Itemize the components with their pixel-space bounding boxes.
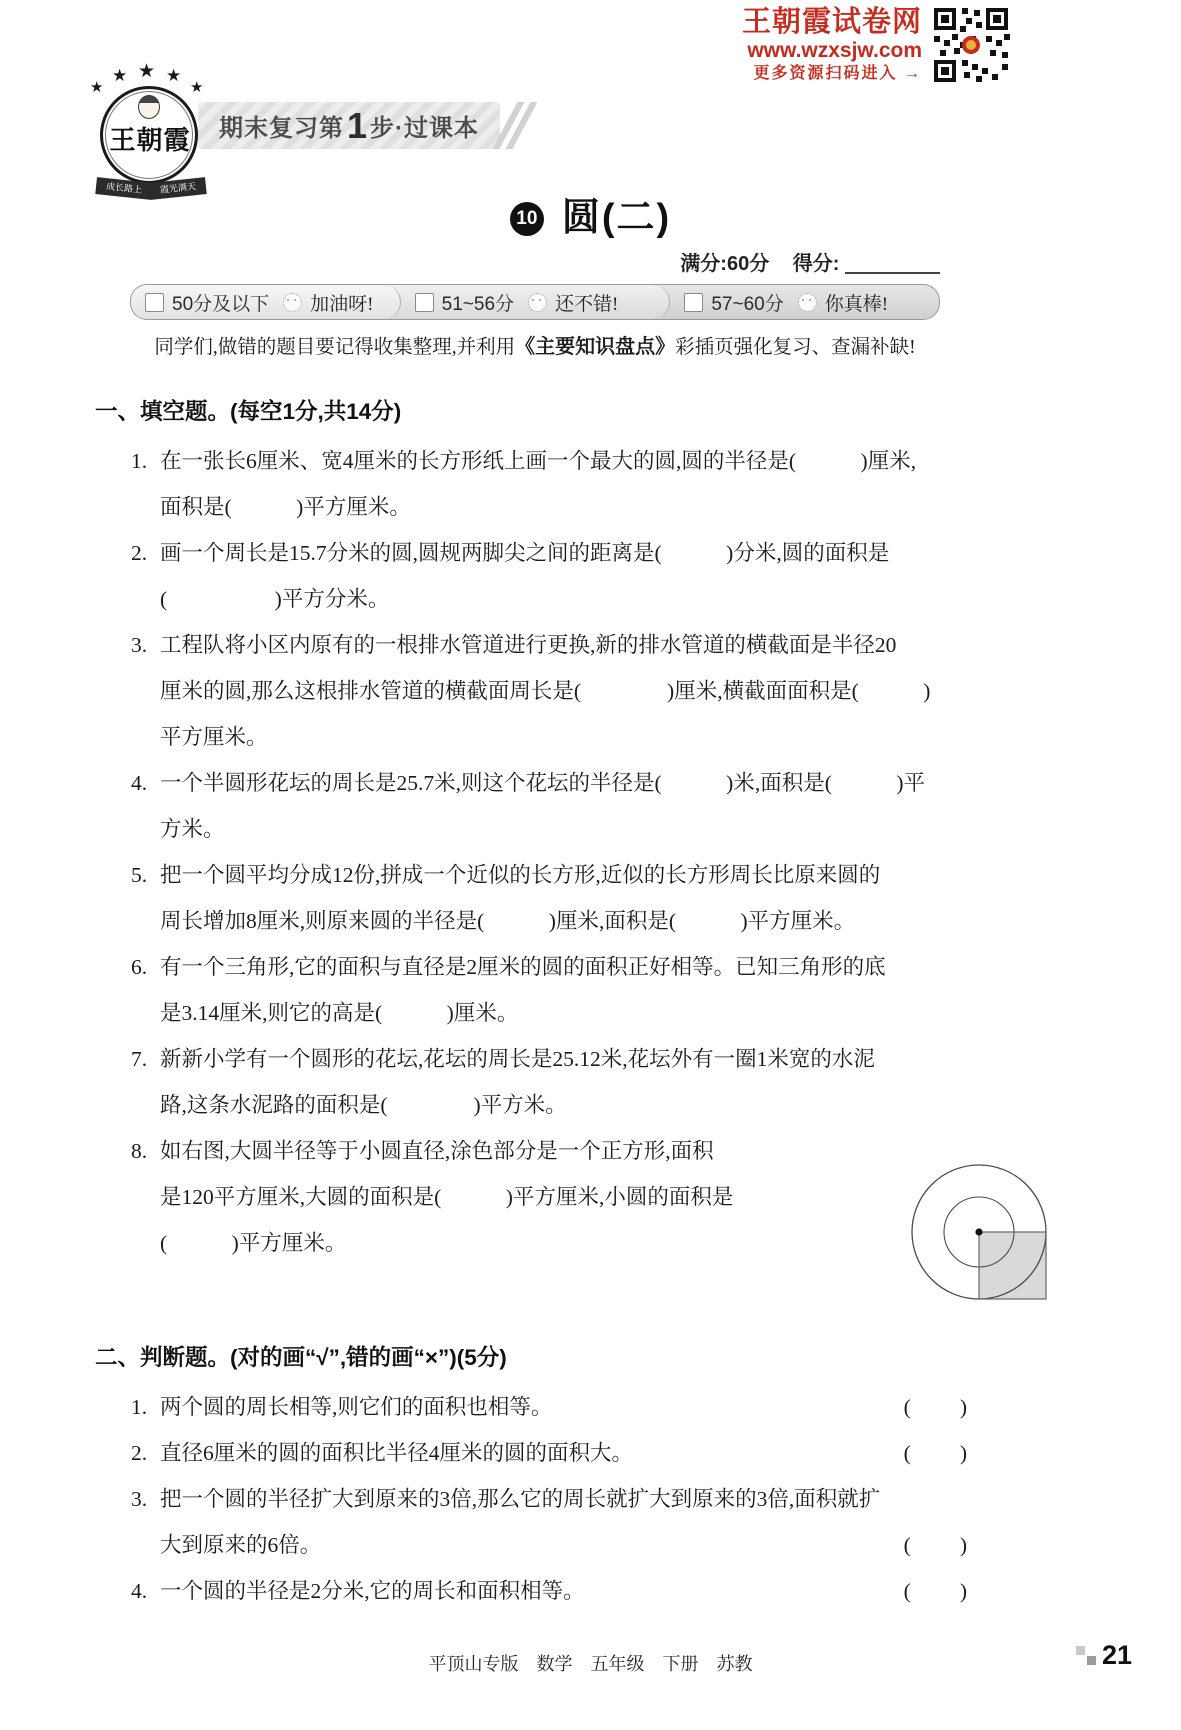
- question-line: 3.把一个圆的半径扩大到原来的3倍,那么它的周长就扩大到原来的3倍,面积就扩: [95, 1476, 981, 1522]
- question-line: 6.有一个三角形,它的面积与直径是2厘米的圆的面积正好相等。已知三角形的底: [95, 944, 981, 990]
- decorative-square: [1076, 1646, 1085, 1655]
- notice-text: 彩插页强化复习、查漏补缺!: [675, 337, 916, 358]
- question-number: 6.: [131, 944, 160, 990]
- question-line: 厘米的圆,那么这根排水管道的横截面周长是( )厘米,横截面面积是( ): [95, 668, 981, 714]
- question-line: ( )平方分米。: [95, 576, 981, 622]
- page-title: 10 圆(二): [0, 186, 1181, 241]
- question-line: 5.把一个圆平均分成12份,拼成一个近似的长方形,近似的长方形周长比原来圆的: [95, 852, 981, 898]
- question: 3.把一个圆的半径扩大到原来的3倍,那么它的周长就扩大到原来的3倍,面积就扩大到…: [95, 1476, 981, 1568]
- question-number: 3.: [131, 1476, 160, 1522]
- score-range: 50分及以下: [172, 289, 269, 316]
- question-number: 1.: [131, 1384, 160, 1430]
- question-line: 3.工程队将小区内原有的一根排水管道进行更换,新的排水管道的横截面是半径20: [95, 622, 981, 668]
- question-line: 是3.14厘米,则它的高是( )厘米。: [95, 990, 981, 1036]
- score-band: 57~60分 你真棒!: [654, 285, 939, 319]
- question-text: ( )平方厘米。: [160, 1220, 346, 1266]
- question: 1.两个圆的周长相等,则它们的面积也相等。( ): [95, 1384, 981, 1430]
- question-text: 如右图,大圆半径等于小圆直径,涂色部分是一个正方形,面积: [160, 1128, 714, 1174]
- star-icon: ★: [112, 66, 127, 86]
- question-text: 大到原来的6倍。: [160, 1522, 321, 1568]
- question-line: 是120平方厘米,大圆的面积是( )平方厘米,小圆的面积是: [95, 1174, 981, 1220]
- page-number-badge: 21: [1076, 1640, 1146, 1680]
- header-banner: 期末复习第 1 步·过课本: [198, 102, 500, 149]
- question-line: 面积是( )平方厘米。: [95, 484, 981, 530]
- worksheet-page: 王朝霞试卷网 www.wzxsjw.com 更多资源扫码进入 →: [0, 0, 1181, 1730]
- full-score-label: 满分:60分: [680, 253, 769, 275]
- question-text: 新新小学有一个圆形的花坛,花坛的周长是25.12米,花坛外有一圈1米宽的水泥: [160, 1036, 875, 1082]
- question-text: ( )平方分米。: [160, 576, 389, 622]
- question-line: 2.直径6厘米的圆的面积比半径4厘米的圆的面积大。( ): [95, 1430, 981, 1476]
- lesson-title: 圆(二): [562, 197, 671, 239]
- score-remark: 你真棒!: [825, 289, 888, 316]
- answer-bracket[interactable]: ( ): [904, 1522, 981, 1568]
- section-true-false: 二、判断题。(对的画“√”,错的画“×”)(5分) 1.两个圆的周长相等,则它们…: [95, 1332, 981, 1614]
- section1-heading: 一、填空题。(每空1分,共14分): [95, 386, 981, 438]
- answer-bracket[interactable]: ( ): [904, 1568, 981, 1614]
- question-line: 大到原来的6倍。( ): [95, 1522, 981, 1568]
- question: 8.如右图,大圆半径等于小圆直径,涂色部分是一个正方形,面积是120平方厘米,大…: [95, 1128, 981, 1266]
- page-number: 21: [1102, 1640, 1132, 1671]
- footer-edition-info: 平顶山专版 数学 五年级 下册 苏教: [0, 1650, 1181, 1676]
- question-line: 路,这条水泥路的面积是( )平方米。: [95, 1082, 981, 1128]
- question-line: 4.一个圆的半径是2分米,它的周长和面积相等。( ): [95, 1568, 981, 1614]
- star-icon: ★: [166, 66, 181, 86]
- question: 7.新新小学有一个圆形的花坛,花坛的周长是25.12米,花坛外有一圈1米宽的水泥…: [95, 1036, 981, 1128]
- question-text: 周长增加8厘米,则原来圆的半径是( )厘米,面积是( )平方厘米。: [160, 898, 855, 944]
- banner-text: 步·过课本: [370, 108, 479, 143]
- score-blank-line[interactable]: [845, 252, 940, 274]
- question-number: 4.: [131, 760, 160, 806]
- question-number: 2.: [131, 530, 160, 576]
- site-tagline: 更多资源扫码进入 →: [742, 63, 922, 84]
- publisher-logo-stamp: ★ ★ ★ ★ ★ 王朝霞 成长路上 霞光满天: [88, 62, 212, 200]
- star-icon: ★: [90, 78, 103, 97]
- answer-bracket[interactable]: ( ): [904, 1384, 981, 1430]
- question-line: ( )平方厘米。: [95, 1220, 981, 1266]
- score-remark: 还不错!: [555, 289, 618, 316]
- question-text: 厘米的圆,那么这根排水管道的横截面周长是( )厘米,横截面面积是( ): [160, 668, 930, 714]
- question-text: 两个圆的周长相等,则它们的面积也相等。: [160, 1384, 552, 1430]
- portrait-icon: [138, 95, 160, 119]
- question-line: 1.在一张长6厘米、宽4厘米的长方形纸上画一个最大的圆,圆的半径是( )厘米,: [95, 438, 981, 484]
- qr-code-icon: [932, 6, 1010, 84]
- question-text: 工程队将小区内原有的一根排水管道进行更换,新的排水管道的横截面是半径20: [160, 622, 896, 668]
- question-text: 直径6厘米的圆的面积比半径4厘米的圆的面积大。: [160, 1430, 633, 1476]
- question-number: 7.: [131, 1036, 160, 1082]
- question-text: 一个圆的半径是2分米,它的周长和面积相等。: [160, 1568, 585, 1614]
- question: 6.有一个三角形,它的面积与直径是2厘米的圆的面积正好相等。已知三角形的底是3.…: [95, 944, 981, 1036]
- star-icon: ★: [138, 60, 155, 83]
- question: 4.一个圆的半径是2分米,它的周长和面积相等。( ): [95, 1568, 981, 1614]
- question-line: 1.两个圆的周长相等,则它们的面积也相等。( ): [95, 1384, 981, 1430]
- section-fill-in-blanks: 一、填空题。(每空1分,共14分) 1.在一张长6厘米、宽4厘米的长方形纸上画一…: [95, 386, 981, 1266]
- score-range: 57~60分: [711, 289, 783, 316]
- question-number: 8.: [131, 1128, 160, 1174]
- smiley-face-icon: [528, 293, 547, 312]
- question: 1.在一张长6厘米、宽4厘米的长方形纸上画一个最大的圆,圆的半径是( )厘米,面…: [95, 438, 981, 530]
- smiley-face-icon: [798, 293, 817, 312]
- question-text: 画一个周长是15.7分米的圆,圆规两脚尖之间的距离是( )分米,圆的面积是: [160, 530, 889, 576]
- question: 3.工程队将小区内原有的一根排水管道进行更换,新的排水管道的横截面是半径20厘米…: [95, 622, 981, 760]
- question-text: 方米。: [160, 806, 225, 852]
- notice-book-title: 《主要知识盘点》: [515, 336, 675, 358]
- got-score-label: 得分:: [793, 253, 840, 275]
- question-text: 把一个圆的半径扩大到原来的3倍,那么它的周长就扩大到原来的3倍,面积就扩: [160, 1476, 880, 1522]
- score-band: 51~56分 还不错!: [385, 285, 671, 319]
- score-checkbox[interactable]: [145, 293, 164, 312]
- site-name: 王朝霞试卷网: [742, 6, 922, 38]
- question-text: 一个半圆形花坛的周长是25.7米,则这个花坛的半径是( )米,面积是( )平: [160, 760, 925, 806]
- question-text: 是3.14厘米,则它的高是( )厘米。: [160, 990, 518, 1036]
- star-icon: ★: [190, 78, 203, 97]
- lesson-number-badge: 10: [510, 202, 544, 236]
- question-line: 周长增加8厘米,则原来圆的半径是( )厘米,面积是( )平方厘米。: [95, 898, 981, 944]
- score-range: 51~56分: [442, 289, 514, 316]
- question-text: 是120平方厘米,大圆的面积是( )平方厘米,小圆的面积是: [160, 1174, 733, 1220]
- question-text: 有一个三角形,它的面积与直径是2厘米的圆的面积正好相等。已知三角形的底: [160, 944, 886, 990]
- brand-header: 王朝霞试卷网 www.wzxsjw.com 更多资源扫码进入 →: [742, 6, 1010, 84]
- question-line: 平方厘米。: [95, 714, 981, 760]
- answer-bracket[interactable]: ( ): [904, 1430, 981, 1476]
- score-checkbox[interactable]: [415, 293, 434, 312]
- question-text: 面积是( )平方厘米。: [160, 484, 411, 530]
- score-remark: 加油呀!: [310, 289, 373, 316]
- banner-step-number: 1: [347, 106, 367, 146]
- question-number: 4.: [131, 1568, 160, 1614]
- question-number: 2.: [131, 1430, 160, 1476]
- question: 2.直径6厘米的圆的面积比半径4厘米的圆的面积大。( ): [95, 1430, 981, 1476]
- score-checkbox[interactable]: [684, 293, 703, 312]
- question-number: 3.: [131, 622, 160, 668]
- question-line: 4.一个半圆形花坛的周长是25.7米,则这个花坛的半径是( )米,面积是( )平: [95, 760, 981, 806]
- question-line: 2.画一个周长是15.7分米的圆,圆规两脚尖之间的距离是( )分米,圆的面积是: [95, 530, 981, 576]
- question: 4.一个半圆形花坛的周长是25.7米,则这个花坛的半径是( )米,面积是( )平…: [95, 760, 981, 852]
- question-line: 7.新新小学有一个圆形的花坛,花坛的周长是25.12米,花坛外有一圈1米宽的水泥: [95, 1036, 981, 1082]
- section2-heading: 二、判断题。(对的画“√”,错的画“×”)(5分): [95, 1332, 981, 1384]
- score-band: 50分及以下 加油呀!: [131, 285, 401, 319]
- smiley-face-icon: [283, 293, 302, 312]
- score-band-bar: 50分及以下 加油呀! 51~56分 还不错! 57~60分 你真棒!: [130, 284, 940, 320]
- circle-diagram: [856, 1152, 1066, 1322]
- question-line: 8.如右图,大圆半径等于小圆直径,涂色部分是一个正方形,面积: [95, 1128, 981, 1174]
- question-text: 路,这条水泥路的面积是( )平方米。: [160, 1082, 567, 1128]
- question-number: 1.: [131, 438, 160, 484]
- question-text: 在一张长6厘米、宽4厘米的长方形纸上画一个最大的圆,圆的半径是( )厘米,: [160, 438, 916, 484]
- score-line: 满分:60分 得分:: [680, 247, 940, 276]
- question-text: 把一个圆平均分成12份,拼成一个近似的长方形,近似的长方形周长比原来圆的: [160, 852, 880, 898]
- logo-name: 王朝霞: [88, 120, 212, 157]
- question: 2.画一个周长是15.7分米的圆,圆规两脚尖之间的距离是( )分米,圆的面积是(…: [95, 530, 981, 622]
- banner-text: 期末复习第: [219, 108, 344, 143]
- question-text: 平方厘米。: [160, 714, 268, 760]
- notice-text: 同学们,做错的题目要记得收集整理,并利用: [154, 337, 515, 358]
- section2-questions: 1.两个圆的周长相等,则它们的面积也相等。( )2.直径6厘米的圆的面积比半径4…: [95, 1384, 981, 1614]
- question-number: 5.: [131, 852, 160, 898]
- question-line: 方米。: [95, 806, 981, 852]
- question: 5.把一个圆平均分成12份,拼成一个近似的长方形,近似的长方形周长比原来圆的周长…: [95, 852, 981, 944]
- site-url[interactable]: www.wzxsjw.com: [742, 38, 922, 63]
- section1-questions: 1.在一张长6厘米、宽4厘米的长方形纸上画一个最大的圆,圆的半径是( )厘米,面…: [95, 438, 981, 1266]
- notice-line: 同学们,做错的题目要记得收集整理,并利用《主要知识盘点》彩插页强化复习、查漏补缺…: [110, 330, 960, 359]
- decorative-square: [1087, 1656, 1096, 1665]
